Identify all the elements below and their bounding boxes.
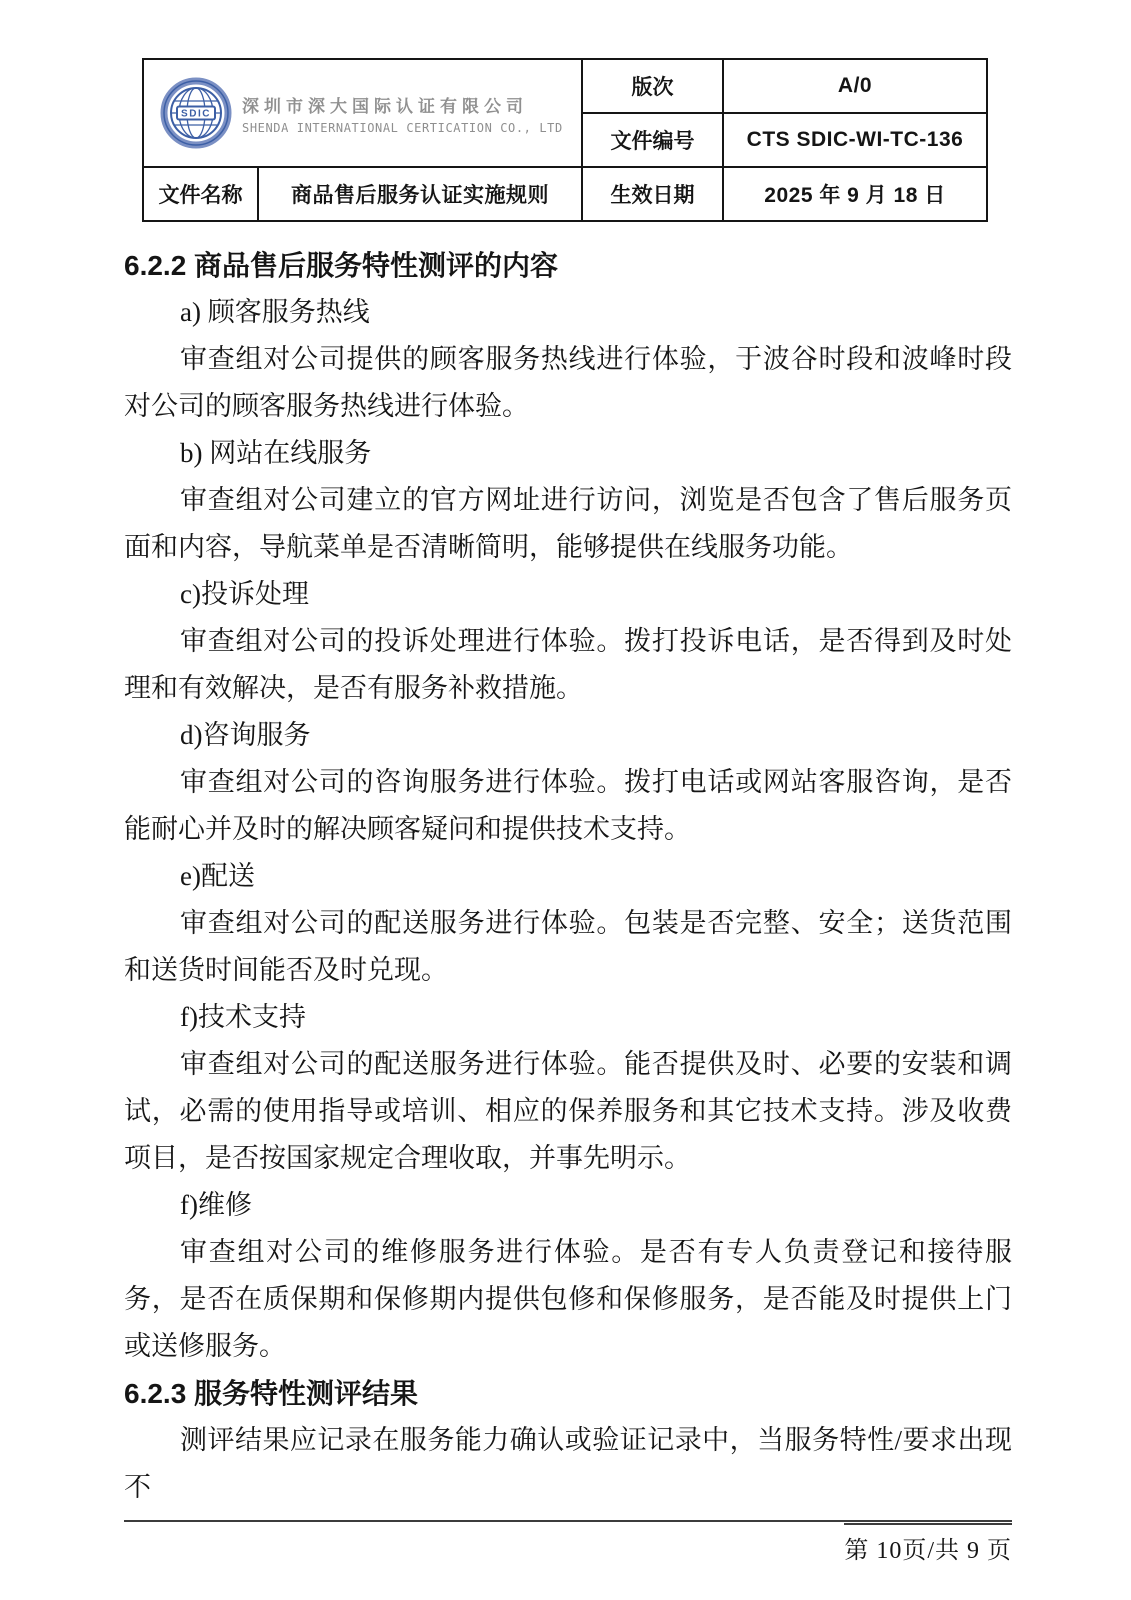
list-item-label: b) 网站在线服务	[124, 430, 1012, 477]
company-logo-icon: SDIC	[160, 77, 232, 149]
list-item-label: e)配送	[124, 853, 1012, 900]
paragraph: 测评结果应记录在服务能力确认或验证记录中，当服务特性/要求出现不	[124, 1417, 1012, 1511]
doc-name-value: 商品售后服务认证实施规则	[258, 167, 582, 221]
logo-sdic-text: SDIC	[181, 109, 211, 120]
list-item-label: f)技术支持	[124, 994, 1012, 1041]
list-item-label: f)维修	[124, 1182, 1012, 1229]
footer-rule	[124, 1520, 1012, 1522]
doc-number-label: 文件编号	[582, 113, 723, 167]
company-header-cell: SDIC 深圳市深大国际认证有限公司 SHENDA INTERNATIONAL …	[143, 59, 582, 167]
paragraph: 审查组对公司的维修服务进行体验。是否有专人负责登记和接待服务，是否在质保期和保修…	[124, 1229, 1012, 1370]
page-footer: 第 10页/共 9 页	[124, 1520, 1012, 1565]
page-number: 第 10页/共 9 页	[844, 1523, 1012, 1565]
paragraph: 审查组对公司提供的顾客服务热线进行体验，于波谷时段和波峰时段对公司的顾客服务热线…	[124, 336, 1012, 430]
version-value: A/0	[723, 59, 987, 113]
document-body: 6.2.2 商品售后服务特性测评的内容 a) 顾客服务热线 审查组对公司提供的顾…	[124, 242, 1012, 1511]
doc-number-value: CTS SDIC-WI-TC-136	[723, 113, 987, 167]
version-label: 版次	[582, 59, 723, 113]
document-page: SDIC 深圳市深大国际认证有限公司 SHENDA INTERNATIONAL …	[0, 0, 1131, 1600]
list-item-label: d)咨询服务	[124, 712, 1012, 759]
company-name-cn: 深圳市深大国际认证有限公司	[242, 92, 563, 117]
effective-date-label: 生效日期	[582, 167, 723, 221]
paragraph: 审查组对公司的配送服务进行体验。能否提供及时、必要的安装和调试，必需的使用指导或…	[124, 1041, 1012, 1182]
effective-date-value: 2025 年 9 月 18 日	[723, 167, 987, 221]
list-item-label: a) 顾客服务热线	[124, 289, 1012, 336]
document-header-table: SDIC 深圳市深大国际认证有限公司 SHENDA INTERNATIONAL …	[142, 58, 988, 222]
section-heading: 6.2.3 服务特性测评结果	[124, 1370, 1012, 1417]
paragraph: 审查组对公司的投诉处理进行体验。拨打投诉电话，是否得到及时处理和有效解决，是否有…	[124, 618, 1012, 712]
company-name-en: SHENDA INTERNATIONAL CERTICATION CO., LT…	[242, 121, 563, 135]
paragraph: 审查组对公司的咨询服务进行体验。拨打电话或网站客服咨询，是否能耐心并及时的解决顾…	[124, 759, 1012, 853]
section-heading: 6.2.2 商品售后服务特性测评的内容	[124, 242, 1012, 289]
paragraph: 审查组对公司的配送服务进行体验。包装是否完整、安全；送货范围和送货时间能否及时兑…	[124, 900, 1012, 994]
doc-name-label: 文件名称	[143, 167, 258, 221]
list-item-label: c)投诉处理	[124, 571, 1012, 618]
paragraph: 审查组对公司建立的官方网址进行访问，浏览是否包含了售后服务页面和内容，导航菜单是…	[124, 477, 1012, 571]
